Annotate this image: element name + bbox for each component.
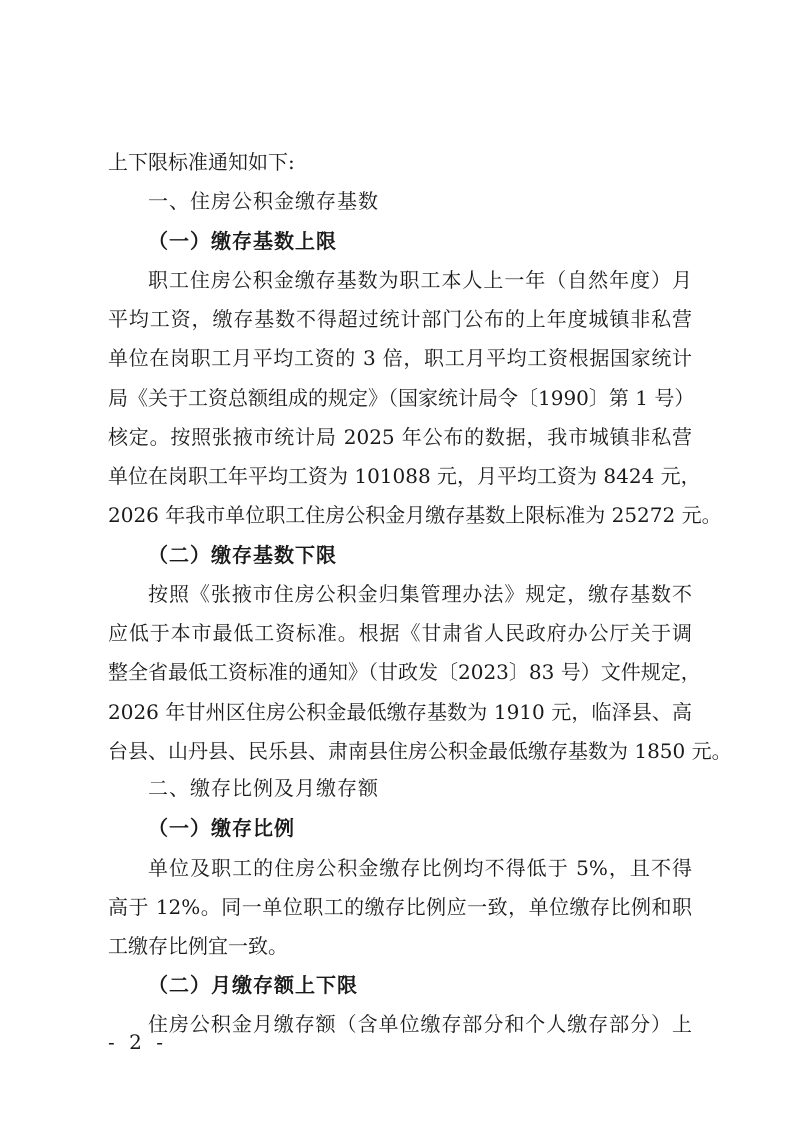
document-page: 上下限标准通知如下: 一、住房公积金缴存基数 （一）缴存基数上限 职工住房公积金…: [0, 0, 794, 1123]
subsection-heading-1-2: （二）缴存基数下限: [148, 543, 692, 567]
body-line: 平均工资，缴存基数不得超过统计部门公布的上年度城镇非私营: [108, 307, 692, 331]
subsection-heading-2-1: （一）缴存比例: [148, 816, 692, 840]
body-line: 2026 年我市单位职工住房公积金月缴存基数上限标准为 25272 元。: [108, 503, 692, 527]
body-line: 按照《张掖市住房公积金归集管理办法》规定，缴存基数不: [148, 582, 692, 606]
body-line: 局《关于工资总额组成的规定》（国家统计局令〔1990〕第 1 号）: [108, 386, 692, 410]
subsection-heading-2-2: （二）月缴存额上下限: [148, 973, 692, 997]
body-line: 核定。按照张掖市统计局 2025 年公布的数据，我市城镇非私营: [108, 425, 692, 449]
body-line: 工缴存比例宜一致。: [108, 934, 692, 958]
section-heading-2: 二、缴存比例及月缴存额: [148, 776, 692, 800]
body-line: 住房公积金月缴存额（含单位缴存部分和个人缴存部分）上: [148, 1012, 692, 1036]
body-line: 上下限标准通知如下:: [108, 150, 692, 174]
section-heading-1: 一、住房公积金缴存基数: [148, 189, 692, 213]
body-line: 单位及职工的住房公积金缴存比例均不得低于 5%，且不得: [148, 856, 692, 880]
body-line: 单位在岗职工月平均工资的 3 倍，职工月平均工资根据国家统计: [108, 346, 692, 370]
body-line: 台县、山丹县、民乐县、肃南县住房公积金最低缴存基数为 1850 元。: [108, 739, 692, 763]
body-line: 单位在岗职工年平均工资为 101088 元，月平均工资为 8424 元，: [108, 464, 692, 488]
body-line: 高于 12%。同一单位职工的缴存比例应一致，单位缴存比例和职: [108, 895, 692, 919]
body-line: 职工住房公积金缴存基数为职工本人上一年（自然年度）月: [148, 268, 692, 292]
body-line: 整全省最低工资标准的通知》（甘政发〔2023〕83 号）文件规定，: [108, 660, 692, 684]
body-line: 应低于本市最低工资标准。根据《甘肃省人民政府办公厅关于调: [108, 621, 692, 645]
body-line: 2026 年甘州区住房公积金最低缴存基数为 1910 元，临泽县、高: [108, 700, 692, 724]
page-number: - 2 -: [108, 1030, 167, 1054]
subsection-heading-1-1: （一）缴存基数上限: [148, 229, 692, 253]
